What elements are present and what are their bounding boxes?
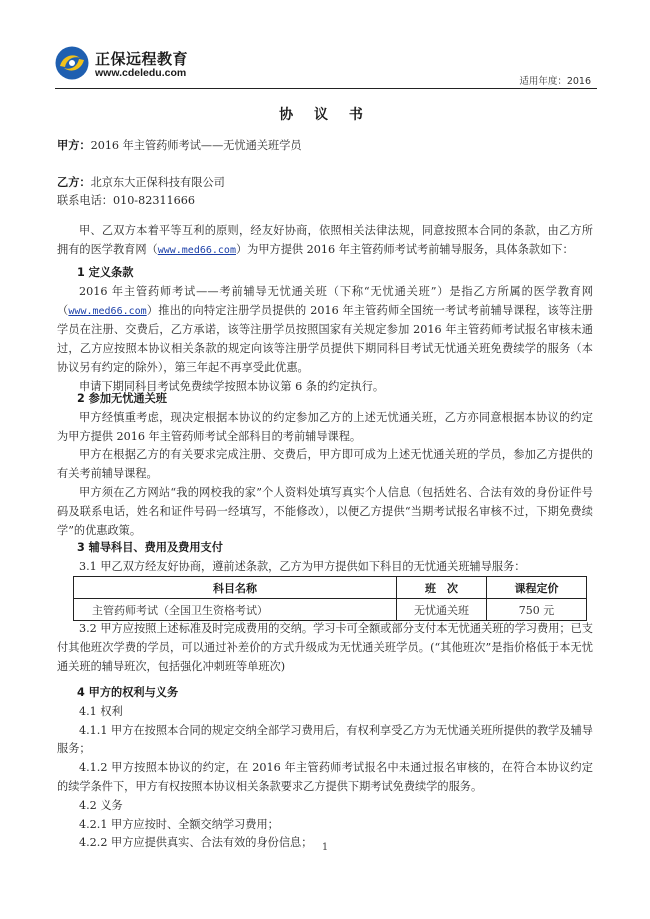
section-3: 3 辅导科目、费用及费用支付 3.1 甲乙双方经友好协商，遵前述条款，乙方为甲方… bbox=[57, 539, 593, 577]
s4-sub-rights: 4.1 权利 bbox=[57, 703, 593, 722]
party-a: 甲方：2016 年主管药师考试——无忧通关班学员 bbox=[57, 137, 593, 156]
party-b-value: 北京东大正保科技有限公司 bbox=[91, 176, 225, 189]
applicable-year: 适用年度：2016 bbox=[519, 73, 591, 87]
cell-subject: 主管药师考试（全国卫生资格考试） bbox=[74, 599, 397, 621]
s3-paragraph-2: 3.2 甲方应按照上述标准及时完成费用的交纳。学习卡可全额或部分支付本无忧通关班… bbox=[57, 620, 593, 676]
section-3-2: 3.2 甲方应按照上述标准及时完成费用的交纳。学习卡可全额或部分支付本无忧通关班… bbox=[57, 620, 593, 676]
section-4-heading: 4 甲方的权利与义务 bbox=[57, 684, 593, 703]
page-header: 正保远程教育 www.cdeledu.com 适用年度：2016 bbox=[55, 46, 597, 89]
med66-link[interactable]: www.med66.com bbox=[158, 245, 236, 256]
s4-421: 4.2.1 甲方应按时、全额交纳学习费用； bbox=[57, 816, 593, 835]
brand-url: www.cdeledu.com bbox=[95, 67, 186, 79]
fee-table: 科目名称 班 次 课程定价 主管药师考试（全国卫生资格考试） 无忧通关班 750… bbox=[73, 576, 587, 621]
contact-label: 联系电话： bbox=[57, 194, 113, 207]
med66-link-2[interactable]: www.med66.com bbox=[68, 306, 146, 317]
section-3-heading: 3 辅导科目、费用及费用支付 bbox=[57, 539, 593, 558]
intro-paragraph: 甲、乙双方本着平等互利的原则，经友好协商，依照相关法律法规，同意按照本合同的条款… bbox=[57, 222, 593, 261]
col-price: 课程定价 bbox=[487, 577, 587, 599]
col-subject: 科目名称 bbox=[74, 577, 397, 599]
s2-paragraph-2: 甲方在根据乙方的有关要求完成注册、交费后，甲方即可成为上述无忧通关班的学员，参加… bbox=[57, 446, 593, 484]
s2-paragraph-1: 甲方经慎重考虑，现决定根据本协议的约定参加乙方的上述无忧通关班，乙方亦同意根据本… bbox=[57, 409, 593, 447]
section-4: 4 甲方的权利与义务 4.1 权利 4.1.1 甲方在按照本合同的规定交纳全部学… bbox=[57, 684, 593, 853]
s4-sub-duties: 4.2 义务 bbox=[57, 797, 593, 816]
cell-price: 750 元 bbox=[487, 599, 587, 621]
contact-phone: 联系电话：010-82311666 bbox=[57, 192, 593, 211]
page-number: 1 bbox=[0, 842, 650, 853]
s2-paragraph-3: 甲方须在乙方网站“我的网校我的家”个人资料处填写真实个人信息（包括姓名、合法有效… bbox=[57, 484, 593, 540]
table-header-row: 科目名称 班 次 课程定价 bbox=[74, 577, 587, 599]
section-2-heading: 2 参加无忧通关班 bbox=[57, 390, 593, 409]
section-1: 1 定义条款 2016 年主管药师考试——考前辅导无忧通关班（下称“无忧通关班”… bbox=[57, 264, 593, 397]
section-2: 2 参加无忧通关班 甲方经慎重考虑，现决定根据本协议的约定参加乙方的上述无忧通关… bbox=[57, 390, 593, 540]
s4-412: 4.1.2 甲方按照本协议的约定，在 2016 年主管药师考试报名中未通过报名审… bbox=[57, 759, 593, 797]
party-a-label: 甲方： bbox=[57, 139, 91, 152]
document-title: 协 议 书 bbox=[0, 104, 650, 124]
s3-paragraph-1: 3.1 甲乙双方经友好协商，遵前述条款，乙方为甲方提供如下科目的无忧通关班辅导服… bbox=[57, 558, 593, 577]
intro-text-2: ）为甲方提供 2016 年主管药师考试考前辅导服务，具体条款如下： bbox=[236, 243, 574, 256]
party-b-label: 乙方： bbox=[57, 176, 91, 189]
s4-411: 4.1.1 甲方在按照本合同的规定交纳全部学习费用后，有权利享受乙方为无忧通关班… bbox=[57, 722, 593, 760]
table-row: 主管药师考试（全国卫生资格考试） 无忧通关班 750 元 bbox=[74, 599, 587, 621]
party-a-value: 2016 年主管药师考试——无忧通关班学员 bbox=[91, 139, 302, 152]
cdeledu-logo-icon bbox=[55, 46, 89, 80]
col-class: 班 次 bbox=[397, 577, 487, 599]
party-b: 乙方：北京东大正保科技有限公司 bbox=[57, 174, 593, 193]
contact-value: 010-82311666 bbox=[113, 194, 195, 207]
cell-class: 无忧通关班 bbox=[397, 599, 487, 621]
brand-name: 正保远程教育 bbox=[95, 48, 188, 69]
section-1-heading: 1 定义条款 bbox=[57, 264, 593, 283]
